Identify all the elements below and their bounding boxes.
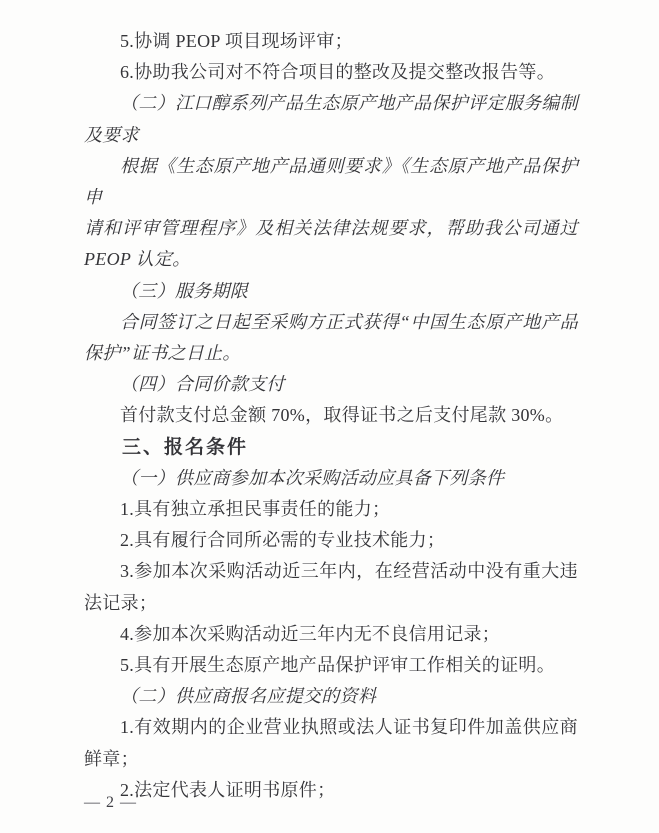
paragraph: （四）合同价款支付: [84, 369, 578, 400]
text-line: 2.具有履行合同所必需的专业技术能力；: [84, 525, 578, 556]
text-line: 法记录；: [84, 588, 578, 619]
paragraph: 6.协助我公司对不符合项目的整改及提交整改报告等。: [84, 57, 578, 88]
text-line: 5.协调 PEOP 项目现场评审；: [84, 26, 578, 57]
paragraph: 三、报名条件: [84, 432, 578, 463]
paragraph: 1.有效期内的企业营业执照或法人证书复印件加盖供应商鲜章；: [84, 712, 578, 774]
paragraph: （三）服务期限: [84, 276, 578, 307]
paragraph: 合同签订之日起至采购方正式获得“中国生态原产地产品保护”证书之日止。: [84, 307, 578, 369]
paragraph: 5.具有开展生态原产地产品保护评审工作相关的证明。: [84, 650, 578, 681]
text-line: 根据《生态原产地产品通则要求》《生态原产地产品保护申: [84, 151, 578, 213]
text-line: 4.参加本次采购活动近三年内无不良信用记录；: [84, 619, 578, 650]
paragraph: 5.协调 PEOP 项目现场评审；: [84, 26, 578, 57]
text-line: 6.协助我公司对不符合项目的整改及提交整改报告等。: [84, 57, 578, 88]
paragraph: （二）江口醇系列产品生态原产地产品保护评定服务编制及要求: [84, 88, 578, 150]
text-line: （一）供应商参加本次采购活动应具备下列条件: [84, 463, 578, 494]
paragraph: 1.具有独立承担民事责任的能力；: [84, 494, 578, 525]
text-line: （二）供应商报名应提交的资料: [84, 681, 578, 712]
paragraph: 3.参加本次采购活动近三年内，在经营活动中没有重大违法记录；: [84, 556, 578, 618]
text-line: PEOP 认定。: [84, 244, 578, 275]
paragraph: 2.具有履行合同所必需的专业技术能力；: [84, 525, 578, 556]
text-line: 及要求: [84, 120, 578, 151]
text-line: 合同签订之日起至采购方正式获得“中国生态原产地产品: [84, 307, 578, 338]
text-line: 首付款支付总金额 70%，取得证书之后支付尾款 30%。: [84, 400, 578, 431]
document-page: 5.协调 PEOP 项目现场评审；6.协助我公司对不符合项目的整改及提交整改报告…: [0, 0, 659, 833]
text-line: 5.具有开展生态原产地产品保护评审工作相关的证明。: [84, 650, 578, 681]
text-line: （二）江口醇系列产品生态原产地产品保护评定服务编制: [84, 88, 578, 119]
text-line: 3.参加本次采购活动近三年内，在经营活动中没有重大违: [84, 556, 578, 587]
paragraph: （二）供应商报名应提交的资料: [84, 681, 578, 712]
text-line: 请和评审管理程序》及相关法律法规要求，帮助我公司通过: [84, 213, 578, 244]
paragraph: 2.法定代表人证明书原件；: [84, 775, 578, 806]
text-line: 三、报名条件: [84, 432, 578, 463]
document-body: 5.协调 PEOP 项目现场评审；6.协助我公司对不符合项目的整改及提交整改报告…: [84, 26, 578, 806]
text-line: （三）服务期限: [84, 276, 578, 307]
page-number: — 2 —: [84, 794, 137, 812]
paragraph: 首付款支付总金额 70%，取得证书之后支付尾款 30%。: [84, 400, 578, 431]
text-line: 鲜章；: [84, 744, 578, 775]
paragraph: （一）供应商参加本次采购活动应具备下列条件: [84, 463, 578, 494]
text-line: （四）合同价款支付: [84, 369, 578, 400]
paragraph: 4.参加本次采购活动近三年内无不良信用记录；: [84, 619, 578, 650]
text-line: 1.有效期内的企业营业执照或法人证书复印件加盖供应商: [84, 712, 578, 743]
paragraph: 根据《生态原产地产品通则要求》《生态原产地产品保护申请和评审管理程序》及相关法律…: [84, 151, 578, 276]
text-line: 保护”证书之日止。: [84, 338, 578, 369]
text-line: 1.具有独立承担民事责任的能力；: [84, 494, 578, 525]
text-line: 2.法定代表人证明书原件；: [84, 775, 578, 806]
